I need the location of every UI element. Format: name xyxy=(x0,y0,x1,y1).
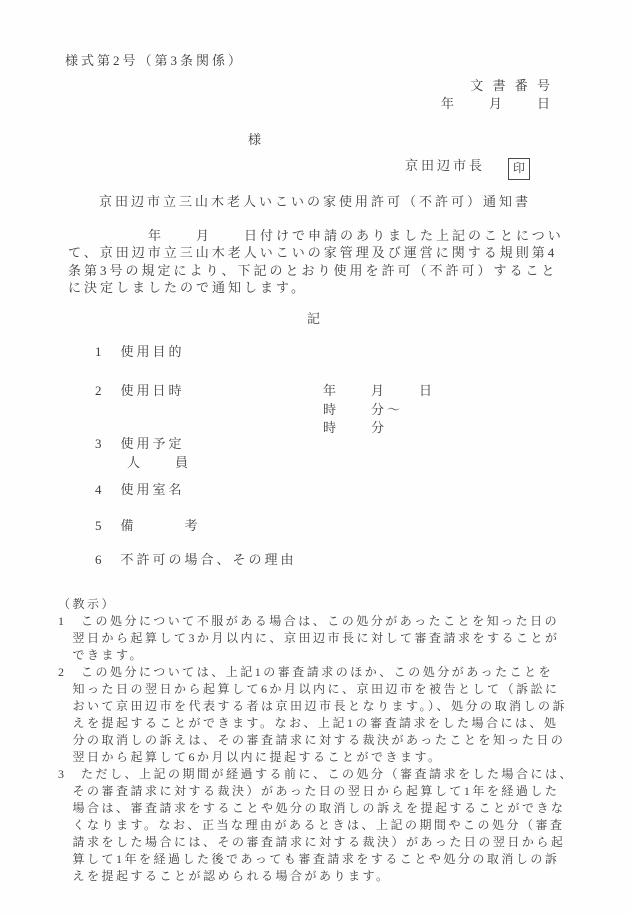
notification-document: 様式第2号（第3条関係） 文 書 番 号 年 月 日 様 京田辺市長 印 京田辺… xyxy=(0,0,630,915)
item-refusal-reason: 6 不許可の場合、その理由 xyxy=(95,551,297,570)
item-usage-purpose: 1 使用目的 xyxy=(95,343,185,362)
document-title: 京田辺市立三山木老人いこいの家使用許可（不許可）通知書 xyxy=(0,193,630,210)
item-usage-datetime-label: 2 使用日時 xyxy=(95,383,185,398)
record-heading: 記 xyxy=(0,310,630,327)
body-paragraph: 年 月 日付けで申請のありました上記のことについ て、京田辺市立三山木老人いこい… xyxy=(68,227,588,297)
issuer-line: 京田辺市長 印 xyxy=(405,157,530,180)
item-expected-users: 3 使用予定 人 員 xyxy=(95,435,191,472)
issue-date-line: 年 月 日 xyxy=(441,95,553,113)
appeal-instructions: （教示） 1 この処分について不服がある場合は、この処分があったことを知った日の… xyxy=(58,596,593,885)
item-usage-datetime: 2 使用日時 年 月 日 時 分～ 時 分 xyxy=(95,382,185,401)
document-number-label: 文 書 番 号 xyxy=(441,77,553,95)
recipient-honorific: 様 xyxy=(248,131,264,148)
form-number: 様式第2号（第3条関係） xyxy=(65,52,244,69)
item-room-name: 4 使用室名 xyxy=(95,481,185,500)
issuer-name: 京田辺市長 xyxy=(405,157,485,174)
item-usage-datetime-value: 年 月 日 時 分～ 時 分 xyxy=(323,382,435,438)
seal-icon: 印 xyxy=(508,158,530,180)
document-meta: 文 書 番 号 年 月 日 xyxy=(441,77,553,112)
seal-label: 印 xyxy=(513,160,525,177)
item-remarks: 5 備 考 xyxy=(95,517,201,536)
